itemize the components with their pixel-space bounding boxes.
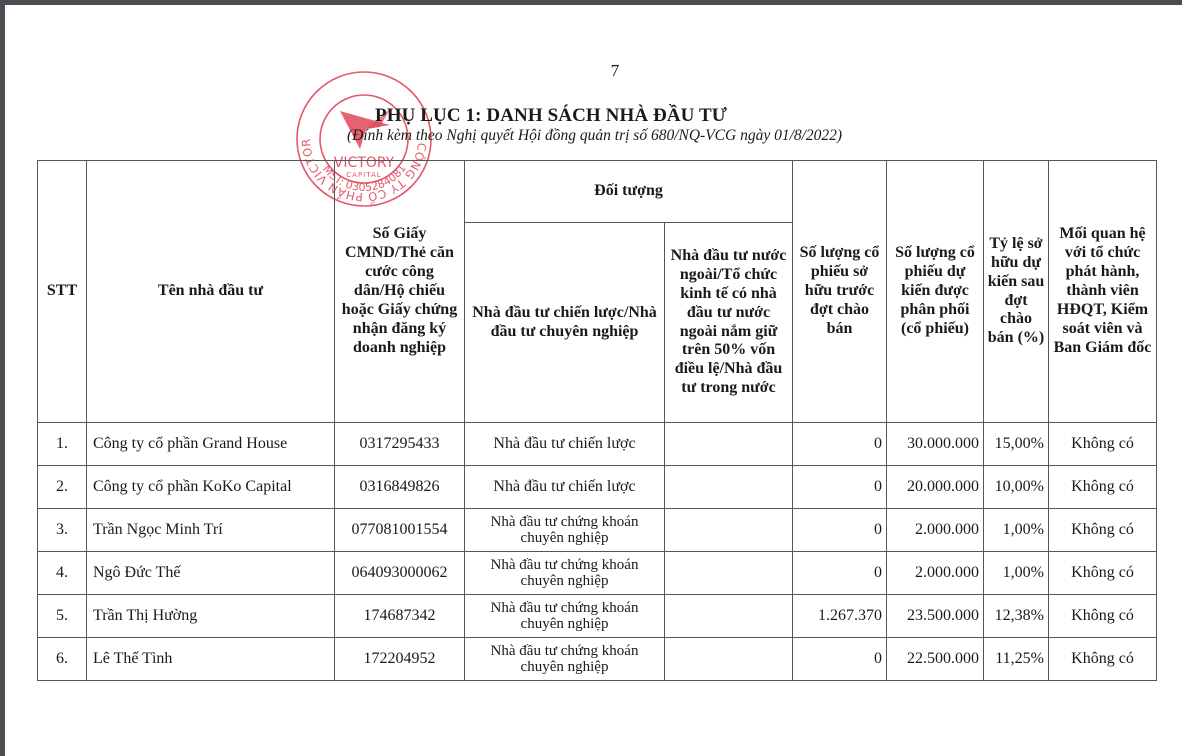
table-row: 6. Lê Thế Tình 172204952 Nhà đầu tư chứn… bbox=[38, 638, 1157, 681]
cell-name: Ngô Đức Thế bbox=[87, 552, 335, 595]
cell-id-number: 174687342 bbox=[335, 595, 465, 638]
cell-name: Trần Thị Hường bbox=[87, 595, 335, 638]
cell-ownership-after: 12,38% bbox=[984, 595, 1049, 638]
cell-relationship: Không có bbox=[1049, 638, 1157, 681]
table-row: 5. Trần Thị Hường 174687342 Nhà đầu tư c… bbox=[38, 595, 1157, 638]
header-stt: STT bbox=[38, 161, 87, 423]
cell-category-foreign bbox=[665, 552, 793, 595]
cell-category-foreign bbox=[665, 423, 793, 466]
cell-stt: 4. bbox=[38, 552, 87, 595]
cell-category-foreign bbox=[665, 466, 793, 509]
cell-shares-allocated: 30.000.000 bbox=[887, 423, 984, 466]
cell-name: Trần Ngọc Minh Trí bbox=[87, 509, 335, 552]
cell-category-foreign bbox=[665, 595, 793, 638]
cell-ownership-after: 15,00% bbox=[984, 423, 1049, 466]
document-subtitle: (Đính kèm theo Nghị quyết Hội đồng quản … bbox=[347, 127, 907, 145]
cell-name: Công ty cổ phần KoKo Capital bbox=[87, 466, 335, 509]
cell-id-number: 064093000062 bbox=[335, 552, 465, 595]
cell-category-strategic: Nhà đầu tư chiến lược bbox=[465, 466, 665, 509]
cell-shares-before: 0 bbox=[793, 466, 887, 509]
cell-name: Lê Thế Tình bbox=[87, 638, 335, 681]
cell-category-foreign bbox=[665, 509, 793, 552]
cell-shares-before: 0 bbox=[793, 552, 887, 595]
cell-ownership-after: 1,00% bbox=[984, 509, 1049, 552]
header-category-foreign: Nhà đầu tư nước ngoài/Tổ chức kinh tế có… bbox=[665, 223, 793, 423]
table-row: 1. Công ty cổ phần Grand House 031729543… bbox=[38, 423, 1157, 466]
cell-relationship: Không có bbox=[1049, 423, 1157, 466]
cell-relationship: Không có bbox=[1049, 595, 1157, 638]
document-title: PHỤ LỤC 1: DANH SÁCH NHÀ ĐẦU TƯ bbox=[375, 105, 895, 127]
cell-shares-allocated: 22.500.000 bbox=[887, 638, 984, 681]
cell-name: Công ty cổ phần Grand House bbox=[87, 423, 335, 466]
header-shares-allocated: Số lượng cổ phiếu dự kiến được phân phối… bbox=[887, 161, 984, 423]
header-category-strategic: Nhà đầu tư chiến lược/Nhà đầu tư chuyên … bbox=[465, 223, 665, 423]
cell-ownership-after: 10,00% bbox=[984, 466, 1049, 509]
cell-shares-allocated: 2.000.000 bbox=[887, 509, 984, 552]
cell-stt: 6. bbox=[38, 638, 87, 681]
header-shares-before: Số lượng cổ phiếu sở hữu trước đợt chào … bbox=[793, 161, 887, 423]
table-row: 3. Trần Ngọc Minh Trí 077081001554 Nhà đ… bbox=[38, 509, 1157, 552]
cell-stt: 1. bbox=[38, 423, 87, 466]
cell-category-foreign bbox=[665, 638, 793, 681]
cell-relationship: Không có bbox=[1049, 552, 1157, 595]
header-id-number: Số Giấy CMND/Thẻ căn cước công dân/Hộ ch… bbox=[335, 161, 465, 423]
cell-shares-allocated: 20.000.000 bbox=[887, 466, 984, 509]
document-page: 7 CÔNG TY CỔ PHẦN VICTORY CAPITAL MST: 0… bbox=[5, 5, 1182, 756]
cell-relationship: Không có bbox=[1049, 466, 1157, 509]
cell-id-number: 0316849826 bbox=[335, 466, 465, 509]
cell-relationship: Không có bbox=[1049, 509, 1157, 552]
header-ownership-after: Tỷ lệ sở hữu dự kiến sau đợt chào bán (%… bbox=[984, 161, 1049, 423]
table-row: 2. Công ty cổ phần KoKo Capital 03168498… bbox=[38, 466, 1157, 509]
cell-category-strategic: Nhà đầu tư chứng khoán chuyên nghiệp bbox=[465, 509, 665, 552]
cell-shares-allocated: 23.500.000 bbox=[887, 595, 984, 638]
cell-category-strategic: Nhà đầu tư chiến lược bbox=[465, 423, 665, 466]
cell-id-number: 077081001554 bbox=[335, 509, 465, 552]
page-number: 7 bbox=[605, 61, 625, 81]
cell-category-strategic: Nhà đầu tư chứng khoán chuyên nghiệp bbox=[465, 595, 665, 638]
header-relationship: Mối quan hệ với tổ chức phát hành, thành… bbox=[1049, 161, 1157, 423]
cell-category-strategic: Nhà đầu tư chứng khoán chuyên nghiệp bbox=[465, 638, 665, 681]
cell-shares-before: 0 bbox=[793, 638, 887, 681]
cell-stt: 2. bbox=[38, 466, 87, 509]
cell-shares-before: 1.267.370 bbox=[793, 595, 887, 638]
header-category-group: Đối tượng bbox=[465, 161, 793, 223]
cell-shares-allocated: 2.000.000 bbox=[887, 552, 984, 595]
cell-stt: 3. bbox=[38, 509, 87, 552]
cell-id-number: 172204952 bbox=[335, 638, 465, 681]
header-name: Tên nhà đầu tư bbox=[87, 161, 335, 423]
cell-shares-before: 0 bbox=[793, 509, 887, 552]
cell-id-number: 0317295433 bbox=[335, 423, 465, 466]
cell-ownership-after: 1,00% bbox=[984, 552, 1049, 595]
cell-category-strategic: Nhà đầu tư chứng khoán chuyên nghiệp bbox=[465, 552, 665, 595]
cell-ownership-after: 11,25% bbox=[984, 638, 1049, 681]
cell-stt: 5. bbox=[38, 595, 87, 638]
investor-table: STT Tên nhà đầu tư Số Giấy CMND/Thẻ căn … bbox=[37, 160, 1157, 681]
cell-shares-before: 0 bbox=[793, 423, 887, 466]
table-row: 4. Ngô Đức Thế 064093000062 Nhà đầu tư c… bbox=[38, 552, 1157, 595]
